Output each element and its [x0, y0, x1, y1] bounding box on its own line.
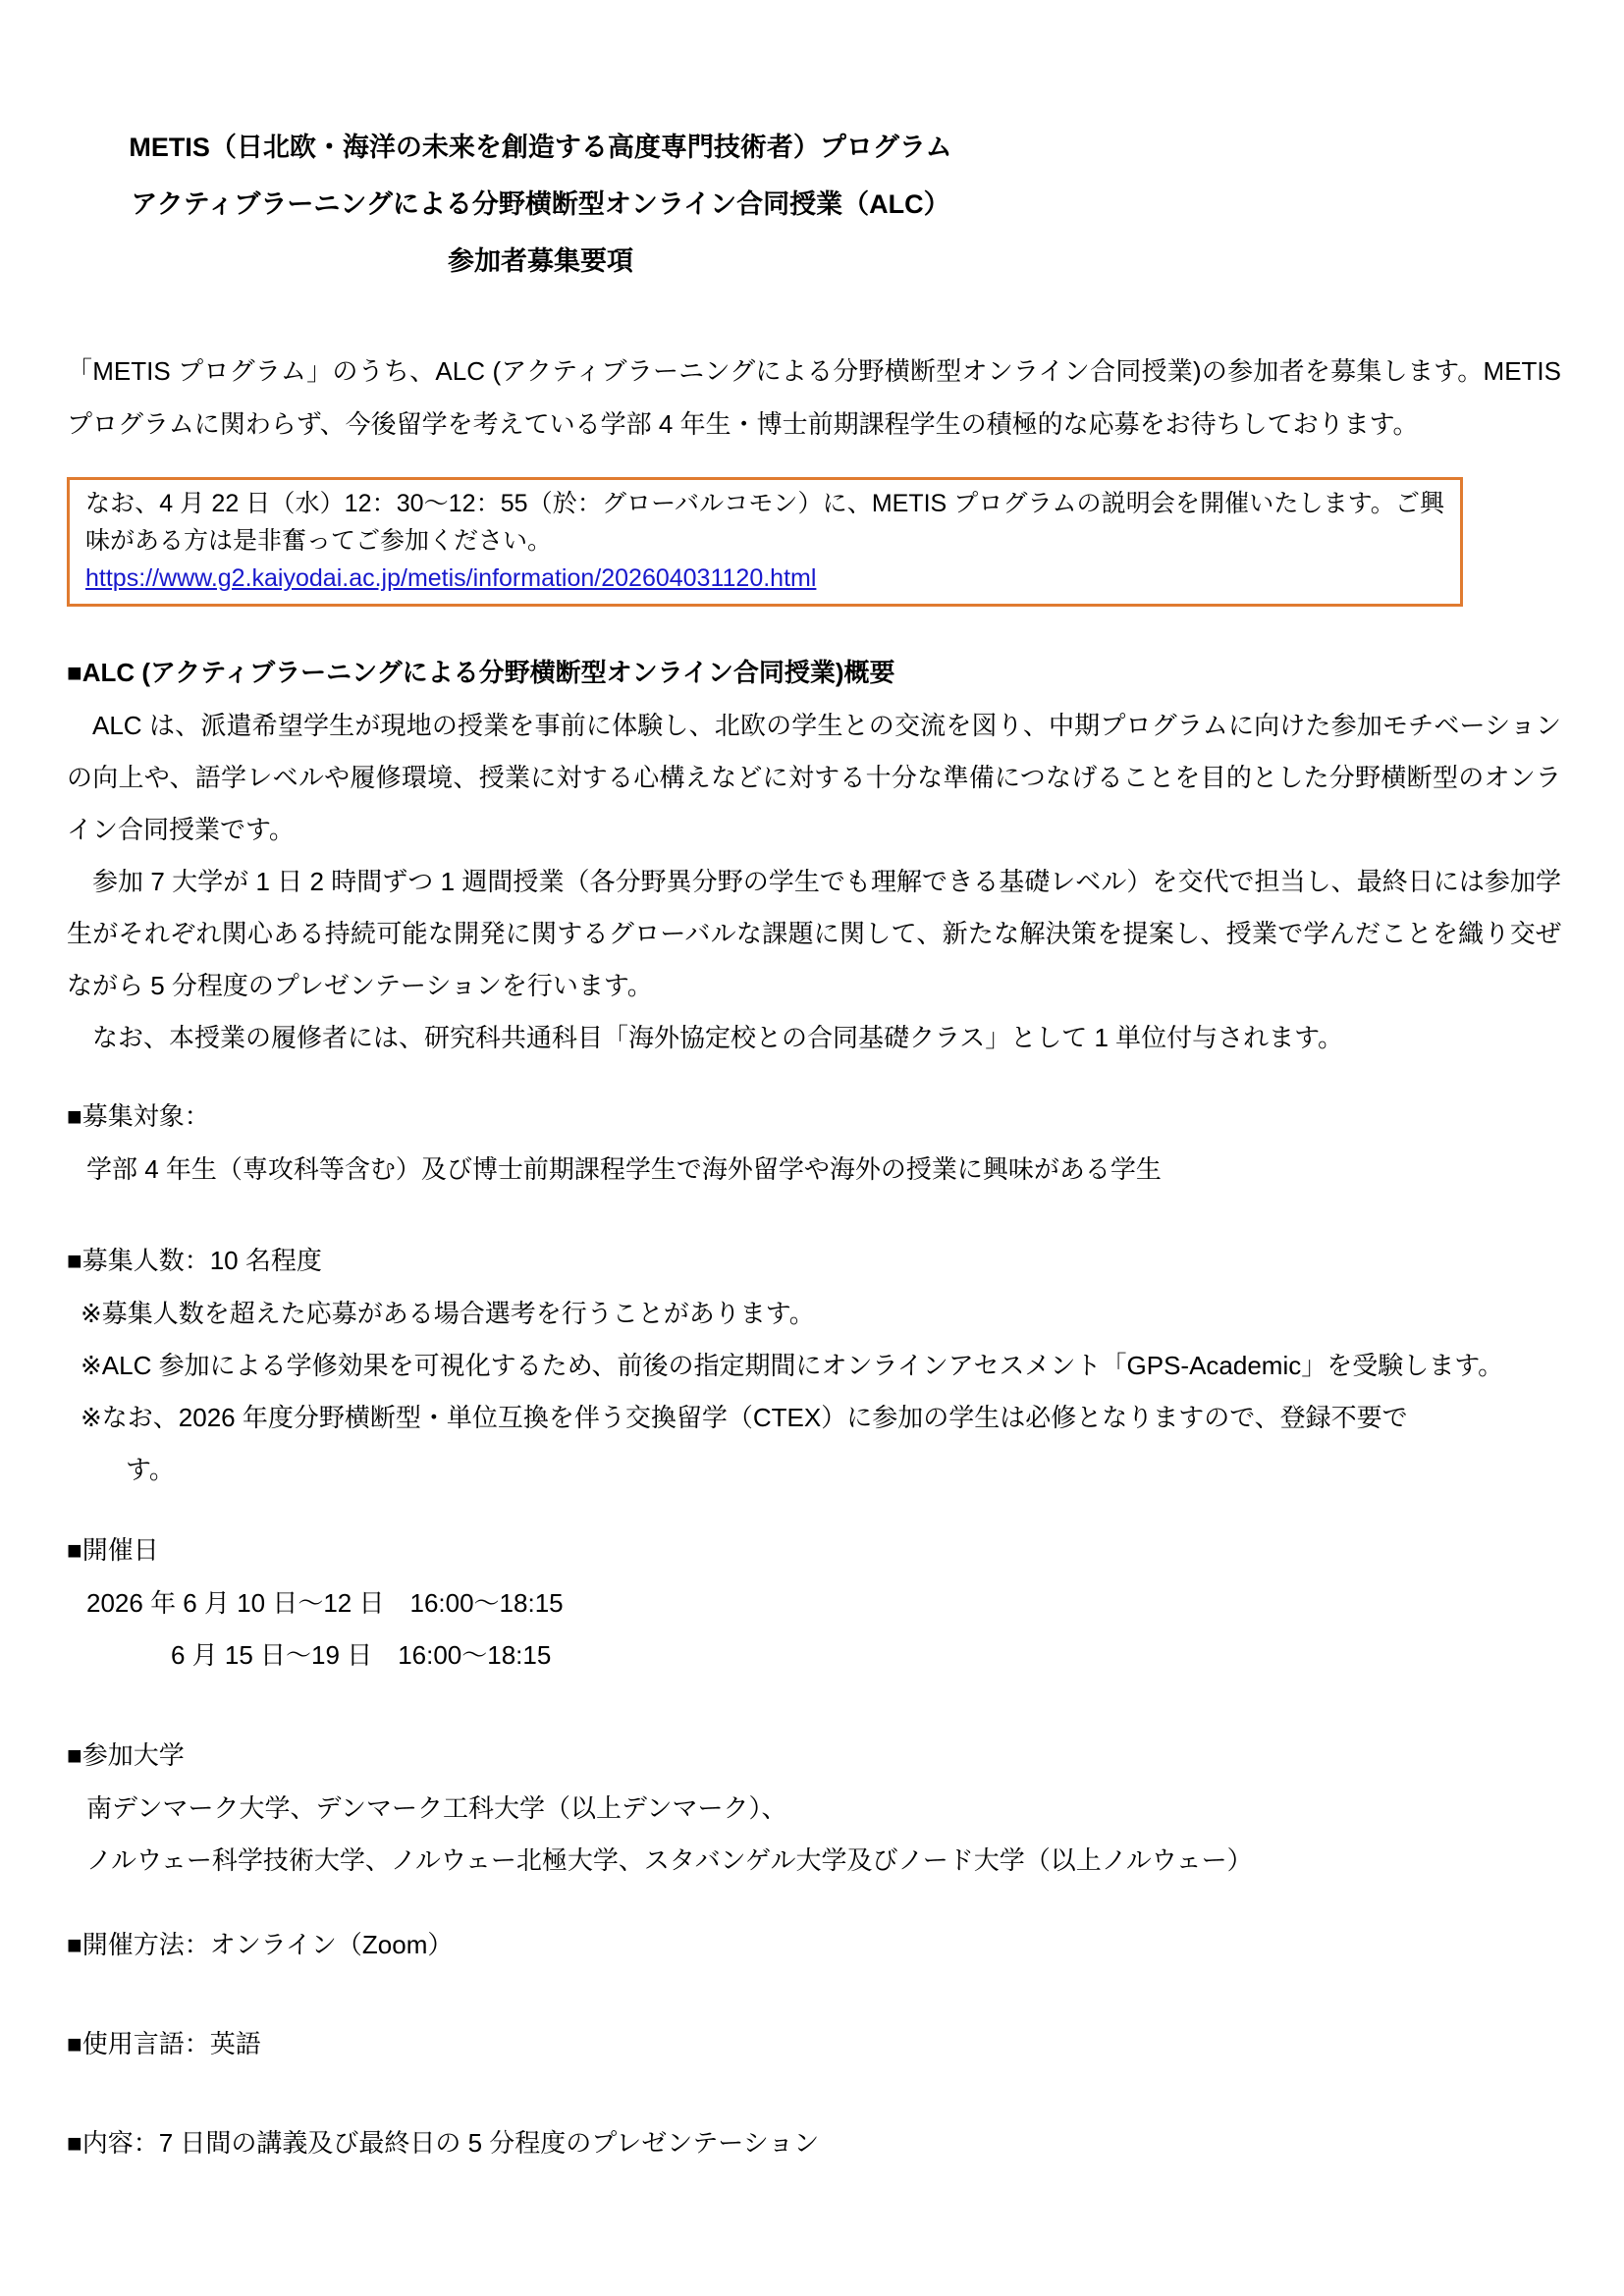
section-heading-overview: ■ALC (アクティブラーニングによる分野横断型オンライン合同授業)概要 [67, 646, 1561, 700]
section-heading-dates: ■開催日 [67, 1523, 1561, 1577]
section-heading-universities: ■参加大学 [67, 1729, 1561, 1783]
document-title: METIS（日北欧・海洋の未来を創造する高度専門技術者）プログラム アクティブラ… [67, 119, 1014, 290]
section-heading-content: ■内容：7 日間の講義及び最終日の 5 分程度のプレゼンテーション [67, 2116, 1561, 2170]
capacity-note-2: ※ALC 参加による学修効果を可視化するため、前後の指定期間にオンラインアセスメ… [81, 1340, 1561, 1392]
section-heading-language: ■使用言語：英語 [67, 2017, 1561, 2071]
universities-line-1: 南デンマーク大学、デンマーク工科大学（以上デンマーク）、 [86, 1783, 1561, 1835]
target-body: 学部 4 年生（専攻科等含む）及び博士前期課程学生で海外留学や海外の授業に興味が… [86, 1144, 1561, 1196]
capacity-note-1: ※募集人数を超えた応募がある場合選考を行うことがあります。 [81, 1288, 1561, 1340]
dates-line-1: 2026 年 6 月 10 日～12 日 16:00～18:15 [86, 1577, 1561, 1629]
notice-text: なお、4 月 22 日（水）12：30～12：55（於：グローバルコモン）に、M… [85, 485, 1444, 560]
capacity-note-continuation: す。 [126, 1444, 1561, 1496]
overview-paragraph-2: 参加 7 大学が 1 日 2 時間ずつ 1 週間授業（各分野異分野の学生でも理解… [67, 856, 1561, 1012]
section-heading-method: ■開催方法：オンライン（Zoom） [67, 1918, 1561, 1972]
document-title-line2: アクティブラーニングによる分野横断型オンライン合同授業（ALC） [67, 176, 1014, 233]
capacity-note-3: ※なお、2026 年度分野横断型・単位互換を伴う交換留学（CTEX）に参加の学生… [81, 1392, 1561, 1444]
document-title-line1: METIS（日北欧・海洋の未来を創造する高度専門技術者）プログラム [67, 119, 1014, 176]
notice-box: なお、4 月 22 日（水）12：30～12：55（於：グローバルコモン）に、M… [67, 477, 1463, 607]
universities-line-2: ノルウェー科学技術大学、ノルウェー北極大学、スタバンゲル大学及びノード大学（以上… [86, 1835, 1561, 1887]
dates-line-2: 6 月 15 日～19 日 16:00～18:15 [171, 1629, 1561, 1682]
notice-link[interactable]: https://www.g2.kaiyodai.ac.jp/metis/info… [85, 560, 816, 597]
section-heading-capacity: ■募集人数：10 名程度 [67, 1234, 1561, 1288]
document-page: METIS（日北欧・海洋の未来を創造する高度専門技術者）プログラム アクティブラ… [0, 0, 1624, 2296]
intro-paragraph: 「METIS プログラム」のうち、ALC (アクティブラーニングによる分野横断型… [67, 345, 1561, 451]
section-heading-target: ■募集対象： [67, 1090, 1561, 1144]
overview-paragraph-1: ALC は、派遣希望学生が現地の授業を事前に体験し、北欧の学生との交流を図り、中… [67, 700, 1561, 856]
document-title-line3: 参加者募集要項 [67, 233, 1014, 290]
overview-paragraph-3: なお、本授業の履修者には、研究科共通科目「海外協定校との合同基礎クラス」として … [67, 1012, 1561, 1064]
